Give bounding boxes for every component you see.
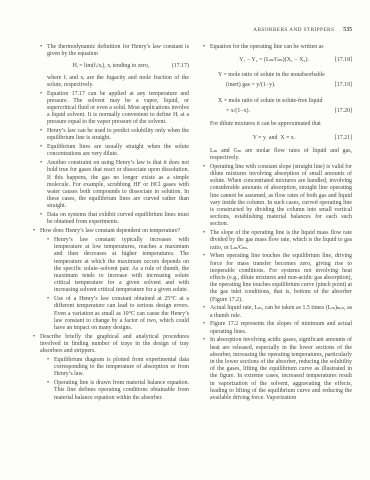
bullet-item: When operating line touches the equilibr… bbox=[203, 253, 352, 303]
bullet-item: Figure 17.2 represents the slopes of min… bbox=[203, 321, 352, 335]
equation-17-17: Hᵢ = lim(fᵢ/xᵢ), xᵢ tending to zero, (17… bbox=[47, 63, 189, 70]
equation-number: [17.19] bbox=[335, 80, 352, 90]
two-column-body: The thermodynamic definition for Henry’s… bbox=[33, 44, 352, 404]
bullet-item: The thermodynamic definition for Henry’s… bbox=[40, 44, 189, 58]
answer-bullet-item: Use of a Henry’s law constant obtained a… bbox=[47, 296, 189, 332]
bullet-item: In absorption involving acidic gases, si… bbox=[203, 337, 352, 402]
equation-line: X = mole ratio of solute in solute-free … bbox=[218, 96, 352, 106]
answer-bullet-item: Equilibrium diagram is plotted from expe… bbox=[47, 357, 189, 379]
bullet-item: Henry’s law can be used to predict solub… bbox=[40, 128, 189, 142]
bullet-item: Another constraint on using Henry’s law … bbox=[40, 160, 189, 210]
equation-number: [17.21] bbox=[335, 135, 352, 142]
answer-bullet-item: Operating line is drawn from material ba… bbox=[47, 380, 189, 402]
question-item: Describe briefly the graphical and analy… bbox=[33, 334, 189, 356]
equation-line: (inert) gas = y/(1−y). bbox=[226, 80, 352, 90]
bullet-item: Operating line with constant slope (stra… bbox=[203, 164, 352, 229]
right-column: Equation for the operating line can be w… bbox=[196, 44, 352, 404]
bullet-item: Equation for the operating line can be w… bbox=[203, 44, 352, 51]
bullet-item: Data on systems that exhibit curved equi… bbox=[40, 212, 189, 226]
bullet-item: The slope of the operating line is the l… bbox=[203, 230, 352, 252]
continuation-paragraph: Lₘ and Gₘ are molar flow rates of liquid… bbox=[210, 148, 352, 162]
equation-body: Hᵢ = lim(fᵢ/xᵢ), xᵢ tending to zero, bbox=[73, 63, 164, 70]
equation-body: Y₁ − Y₂ = (Lₘ/Gₘ)(X₁ − X₂). bbox=[239, 57, 323, 64]
running-header: ABSORBERS AND STRIPPERS 535 bbox=[33, 27, 352, 33]
equation-17-18: Y₁ − Y₂ = (Lₘ/Gₘ)(X₁ − X₂). [17.18] bbox=[210, 57, 352, 64]
equation-number: [17.20] bbox=[335, 106, 352, 116]
book-page: ABSORBERS AND STRIPPERS 535 The thermody… bbox=[0, 0, 370, 480]
equation-line: Y = mole ratio of solute in the nonabsor… bbox=[218, 70, 352, 80]
equation-number: [17.18] bbox=[335, 57, 352, 64]
continuation-paragraph: where fᵢ and xᵢ are the fugacity and mol… bbox=[47, 75, 189, 89]
equation-body: Y ≈ y and X ≈ x. bbox=[253, 135, 309, 142]
answer-bullet-item: Henry’s law constant typically increases… bbox=[47, 237, 189, 295]
bullet-item: Equation 17.17 can be applied at any tem… bbox=[40, 91, 189, 127]
continuation-paragraph: For dilute mixtures it can be approximat… bbox=[210, 121, 352, 128]
running-title: ABSORBERS AND STRIPPERS bbox=[253, 27, 334, 33]
equation-17-21: Y ≈ y and X ≈ x. [17.21] bbox=[210, 135, 352, 142]
question-item: How does Henry’s law constant dependent … bbox=[33, 228, 189, 235]
equation-17-19: Y = mole ratio of solute in the nonabsor… bbox=[210, 70, 352, 90]
page-number: 535 bbox=[343, 27, 352, 33]
bullet-item: Equilibrium lines are usually straight w… bbox=[40, 144, 189, 158]
equation-number: (17.17) bbox=[172, 63, 189, 70]
equation-17-20: X = mole ratio of solute in solute-free … bbox=[210, 96, 352, 116]
equation-line: = x/(1−x). bbox=[226, 106, 352, 116]
left-column: The thermodynamic definition for Henry’s… bbox=[33, 44, 189, 404]
bullet-item: Actual liquid rate, Lₘ, can be taken as … bbox=[203, 305, 352, 319]
